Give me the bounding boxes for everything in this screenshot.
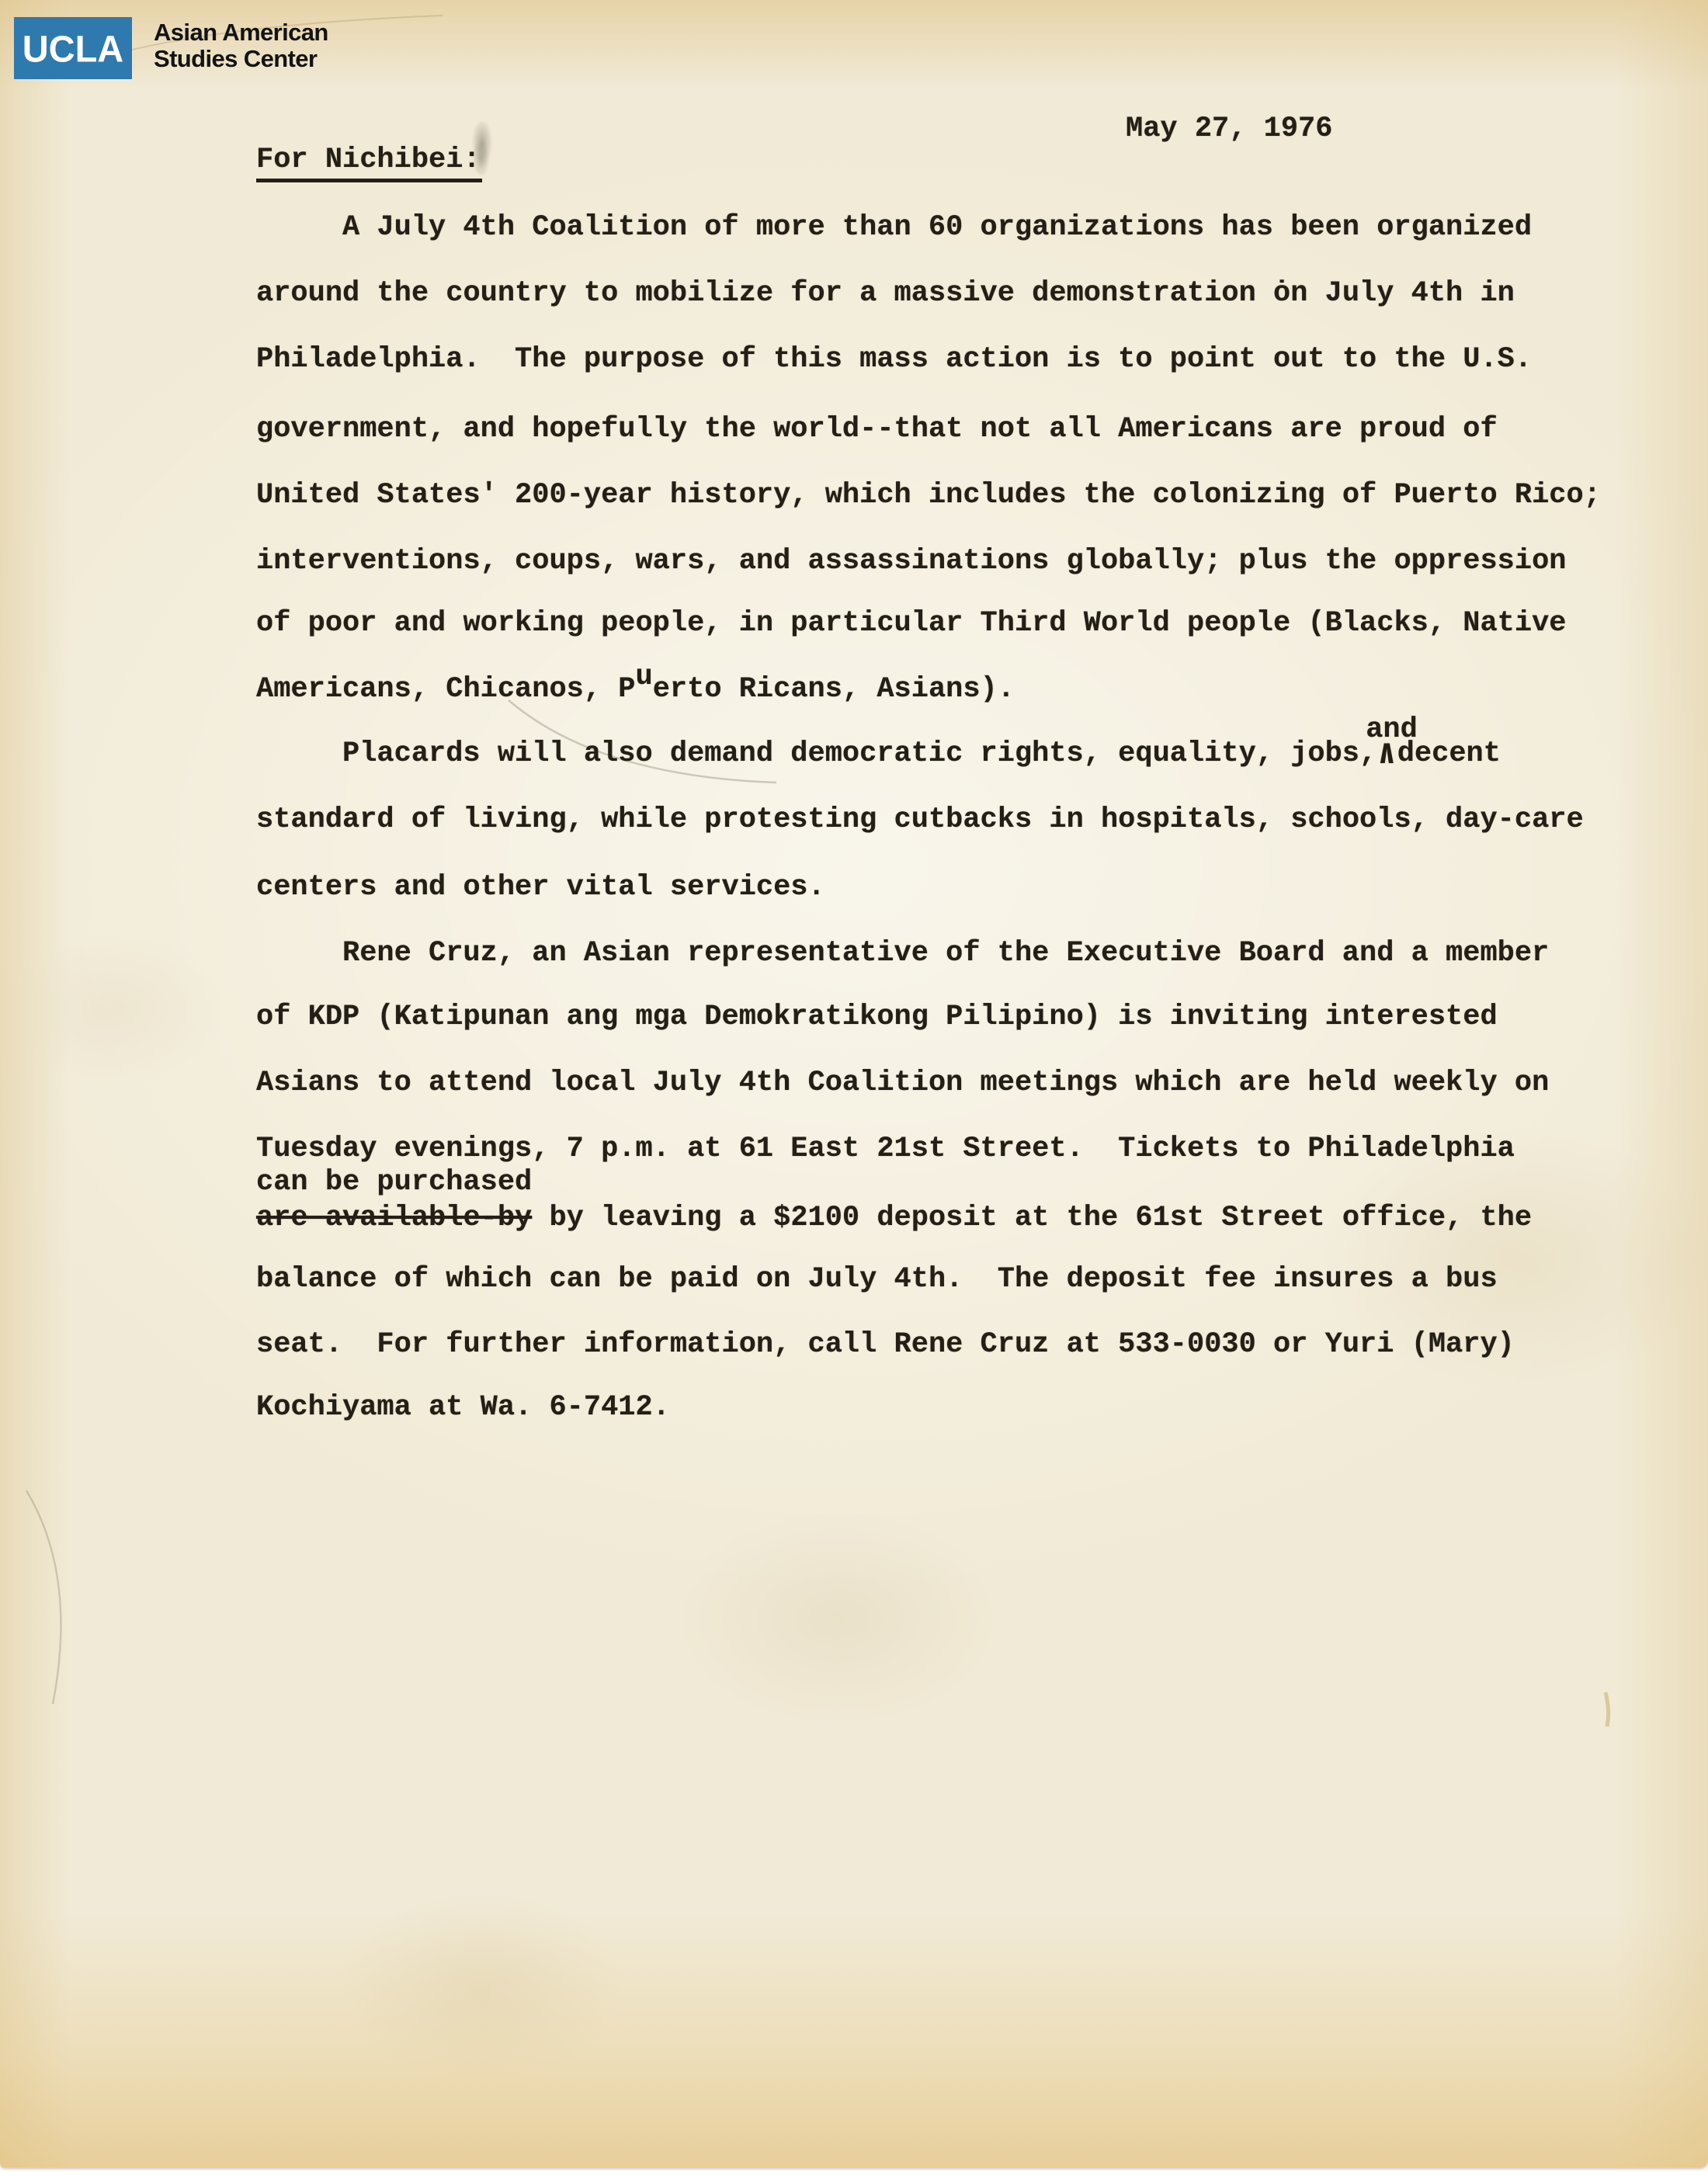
- body-line: interventions, coups, wars, and assassin…: [256, 546, 1566, 577]
- body-line: standard of living, while protesting cut…: [256, 804, 1584, 835]
- body-line: of KDP (Katipunan ang mga Demokratikong …: [256, 1001, 1498, 1032]
- body-line: A July 4th Coalition of more than 60 org…: [342, 212, 1532, 243]
- placards-pre: Placards will also demand democratic rig…: [342, 737, 1376, 770]
- body-line: around the country to mobilize for a mas…: [256, 278, 1515, 309]
- org-name-line1: Asian American: [154, 19, 328, 47]
- body-line-placards: Placards will also demand democratic rig…: [342, 738, 1501, 769]
- body-line: Kochiyama at Wa. 6-7412.: [256, 1392, 670, 1423]
- struck-text: are available-by: [256, 1202, 532, 1234]
- inserted-word: and: [1366, 716, 1418, 744]
- puerto-superscript-u: u: [635, 661, 652, 693]
- body-line: of poor and working people, in particula…: [256, 608, 1566, 639]
- body-line: centers and other vital services.: [256, 872, 825, 903]
- body-line: Rene Cruz, an Asian representative of th…: [342, 938, 1549, 969]
- caret-mark: ∧: [1378, 751, 1397, 758]
- org-name-line2: Studies Center: [154, 45, 317, 73]
- puerto-pre: Americans, Chicanos, P: [256, 673, 635, 706]
- body-line-inserted: can be purchased: [256, 1167, 532, 1198]
- letter-date: May 27, 1976: [1126, 113, 1332, 144]
- body-line: Tuesday evenings, 7 p.m. at 61 East 21st…: [256, 1133, 1515, 1164]
- scanned-letter-page: { "banner": { "logo": "UCLA", "org_line1…: [0, 0, 1708, 2176]
- body-line: United States' 200-year history, which i…: [256, 480, 1601, 511]
- salutation: For Nichibei:: [256, 144, 482, 175]
- body-line-puerto: Americans, Chicanos, Puerto Ricans, Asia…: [256, 674, 1015, 705]
- salutation-text: For Nichibei:: [256, 144, 482, 182]
- body-line-strikeout: are available-by by leaving a $2100 depo…: [256, 1203, 1532, 1234]
- ucla-logo-text: UCLA: [23, 26, 124, 70]
- puerto-post: erto Ricans, Asians).: [653, 673, 1015, 706]
- ucla-logo: UCLA: [14, 17, 132, 79]
- caret-insertion: ∧and: [1376, 738, 1397, 769]
- ink-smudge: [470, 121, 494, 175]
- body-line: seat. For further information, call Rene…: [256, 1329, 1515, 1360]
- after-strike-text: by leaving a $2100 deposit at the 61st S…: [532, 1202, 1532, 1234]
- body-line: Philadelphia. The purpose of this mass a…: [256, 344, 1532, 375]
- body-line: balance of which can be paid on July 4th…: [256, 1264, 1498, 1295]
- body-line: Asians to attend local July 4th Coalitio…: [256, 1067, 1549, 1098]
- body-line: government, and hopefully the world--tha…: [256, 414, 1498, 445]
